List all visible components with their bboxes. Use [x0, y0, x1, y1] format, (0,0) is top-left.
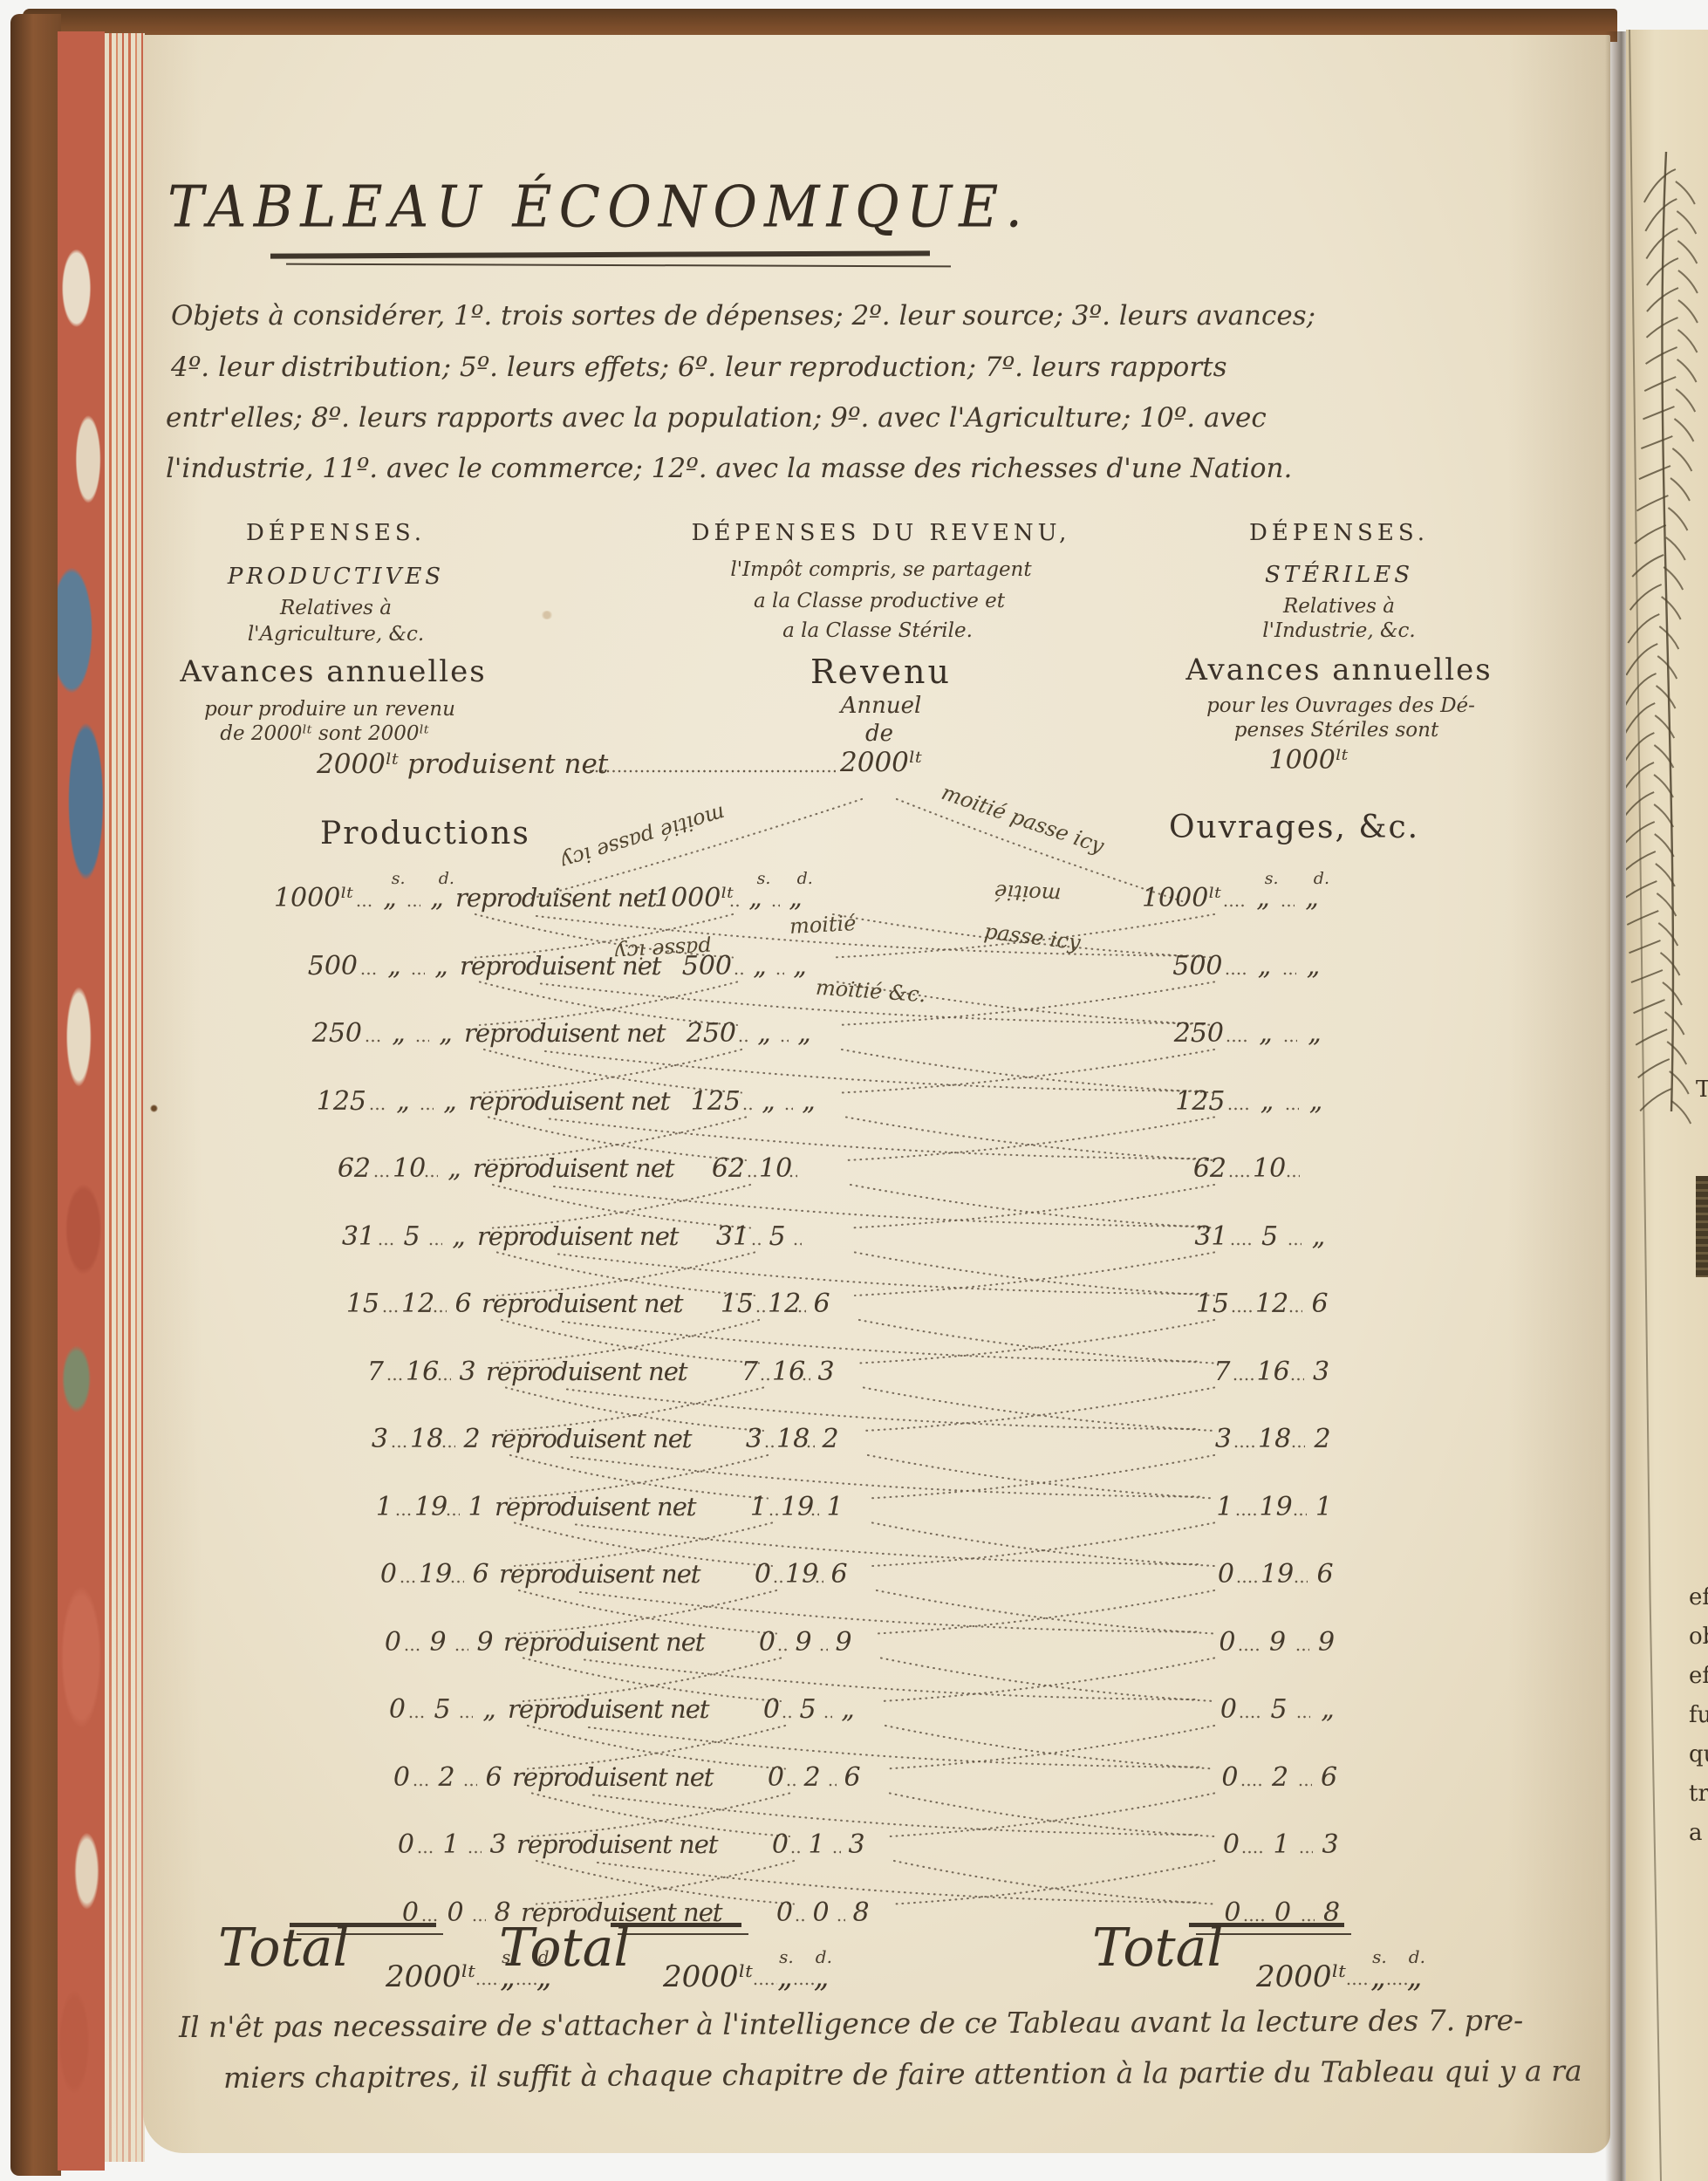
facing-text-fragment: a	[1689, 1820, 1703, 1846]
facing-text-fragment: ef	[1689, 1663, 1708, 1689]
facing-page-text-fragments: Tefobeffuqutra	[0, 0, 1708, 2181]
facing-text-fragment: qu	[1689, 1741, 1708, 1767]
book-scan: TABLEAU ÉCONOMIQUE. Objets à considérer,…	[0, 0, 1708, 2181]
facing-text-fragment: tr	[1689, 1781, 1708, 1807]
facing-text-fragment: ob	[1689, 1624, 1708, 1650]
facing-text-fragment: fu	[1689, 1702, 1708, 1728]
facing-text-fragment: T	[1696, 1077, 1708, 1103]
facing-text-fragment: ef	[1689, 1584, 1708, 1610]
